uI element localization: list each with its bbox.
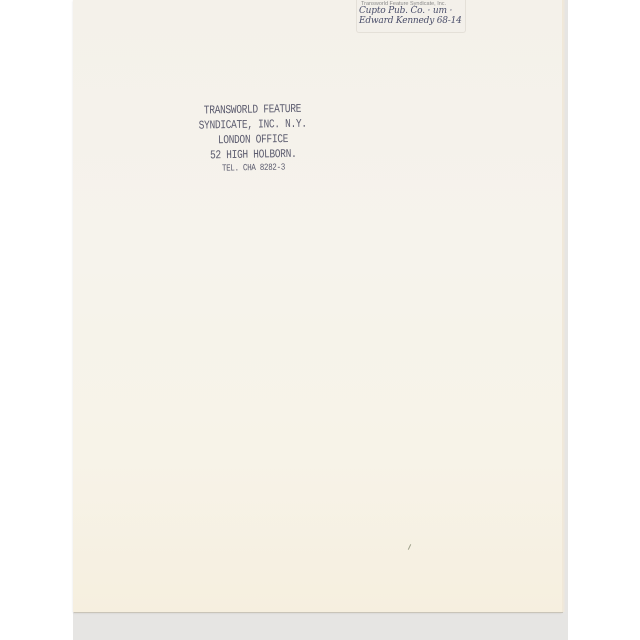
photo-back-scene: Transworld Feature Syndicate, Inc. Cupto… [0,0,640,640]
ink-stamp: TRANSWORLD FEATURE SYNDICATE, INC. N.Y. … [197,101,308,178]
photo-paper-back [73,0,562,612]
pencil-mark [408,544,411,550]
label-handwritten-line2: Edward Kennedy 68-14 [359,16,462,26]
label-handwritten-line1: Cupto Pub. Co. · um · [359,6,452,16]
stamp-line-5: TEL. CHA 8282-3 [198,159,308,180]
syndicate-label: Transworld Feature Syndicate, Inc. Cupto… [356,0,466,33]
